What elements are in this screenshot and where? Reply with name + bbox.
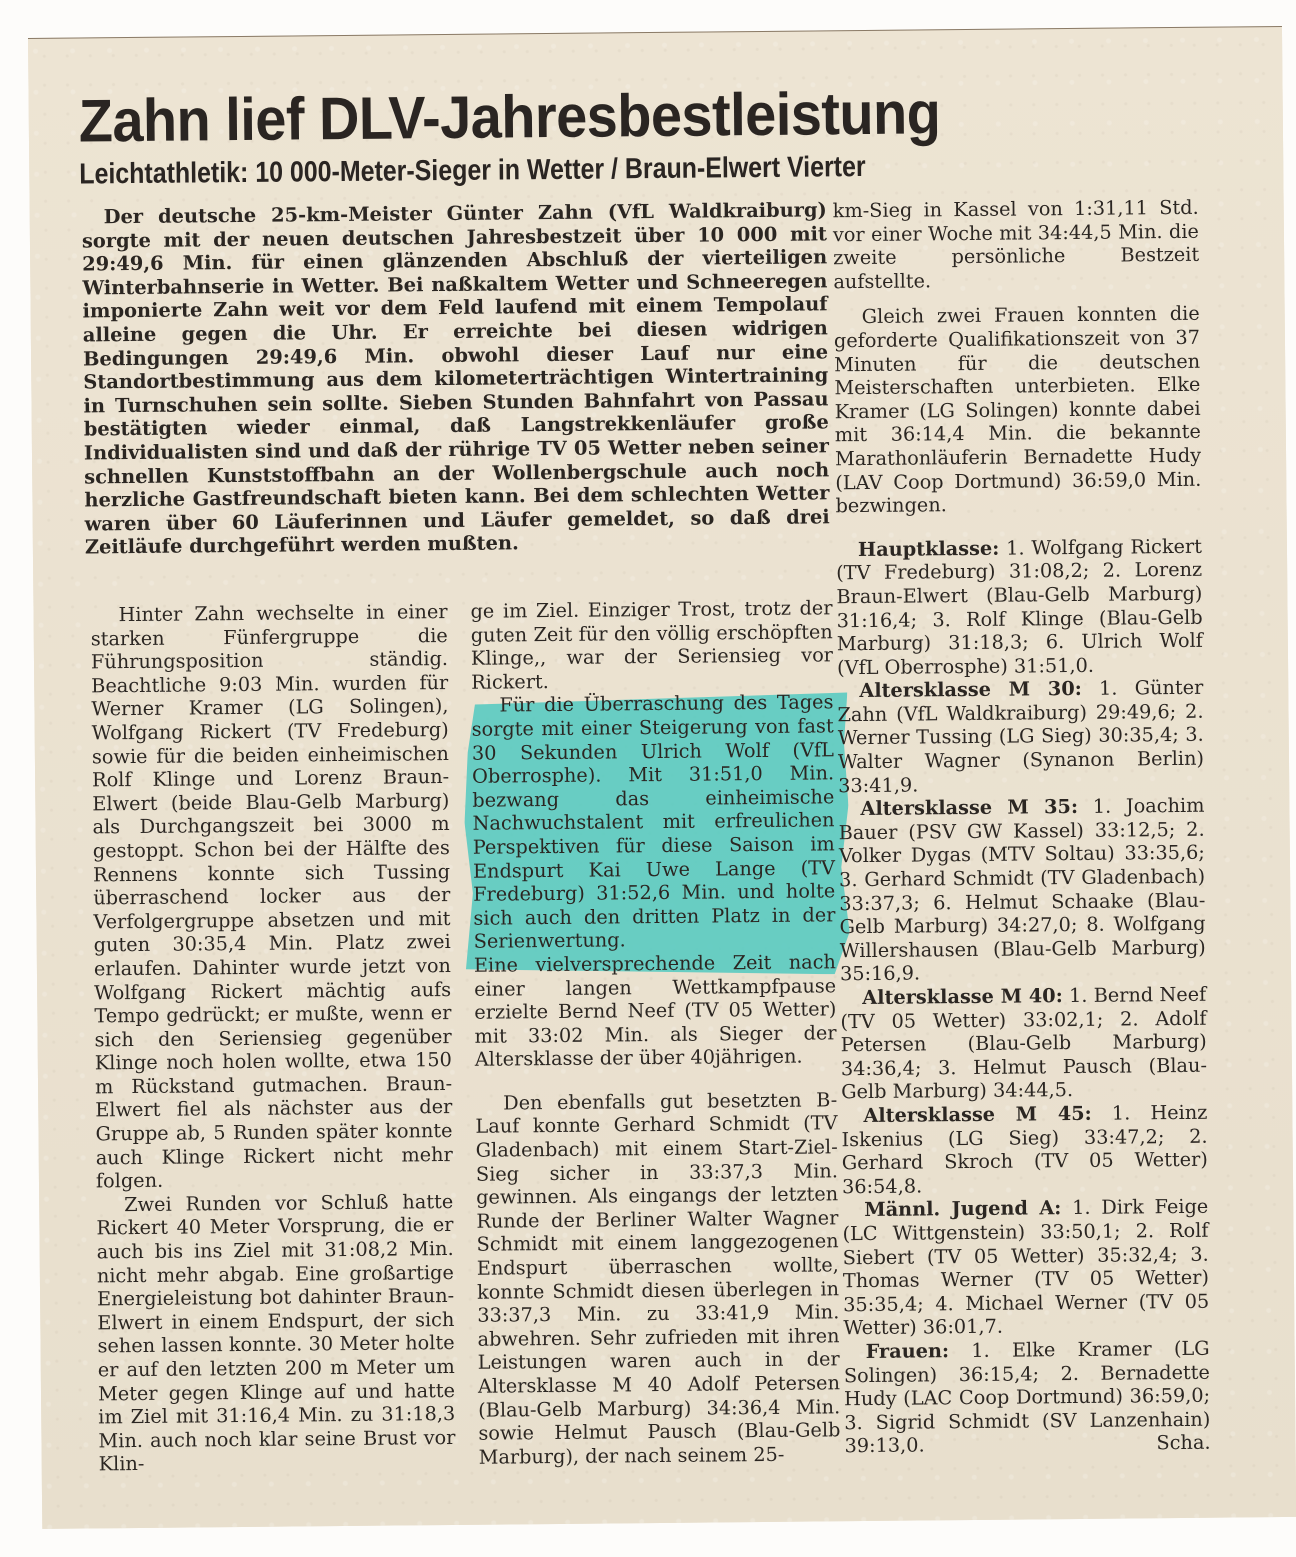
author-initials: Scha. (1134, 1431, 1210, 1455)
article-column-2: ge im Ziel. Einziger Trost, trotz der gu… (470, 596, 840, 1469)
result-entry: Altersklasse M 30: 1. Günter Zahn (VfL W… (837, 676, 1204, 797)
result-entry: Frauen: 1. Elke Kramer (LG Solingen) 36:… (844, 1337, 1211, 1458)
result-text: 1. Joachim Bauer (PSV GW Kassel) 33:12,5… (839, 794, 1206, 986)
article-column-3: km-Sieg in Kassel von 1:31,11 Std. vor e… (833, 196, 1211, 1458)
body-paragraph: Den ebenfalls gut besetzten B-Lauf konnt… (475, 1088, 841, 1469)
result-entry: Altersklasse M 45: 1. Heinz Iskenius (LG… (841, 1101, 1208, 1199)
body-paragraph: km-Sieg in Kassel von 1:31,11 Std. vor e… (833, 196, 1200, 294)
body-paragraph: Zwei Runden vor Schluß hatte Rickert 40 … (96, 1190, 456, 1477)
result-category: Altersklasse M 30: (859, 677, 1082, 702)
result-category: Frauen: (866, 1339, 950, 1363)
result-category: Männl. Jugend A: (864, 1196, 1061, 1221)
result-category: Altersklasse M 35: (860, 795, 1078, 820)
result-category: Altersklasse M 45: (863, 1102, 1092, 1127)
results-list: Hauptklasse: 1. Wolfgang Rickert (TV Fre… (836, 534, 1211, 1458)
body-paragraph: ge im Ziel. Einziger Trost, trotz der gu… (470, 596, 833, 694)
subheadline: Leichtathletik: 10 000-Meter-Sieger in W… (79, 149, 866, 193)
result-entry: Männl. Jugend A: 1. Dirk Feige (LC Wittg… (842, 1195, 1209, 1340)
body-paragraph: Eine vielversprechende Zeit nach einer l… (474, 950, 837, 1071)
lead-text: Der deutsche 25-km-Meister Günter Zahn (… (82, 198, 830, 559)
article-column-1: Hinter Zahn wechselte in einer starken F… (90, 600, 455, 1476)
lead-paragraph: Der deutsche 25-km-Meister Günter Zahn (… (82, 198, 830, 559)
highlighted-text: Für die Überraschung des Tages sorgte mi… (471, 691, 835, 954)
result-category: Altersklasse M 40: (862, 984, 1063, 1009)
result-entry: Altersklasse M 40: 1. Bernd Neef (TV 05 … (840, 983, 1207, 1104)
result-entry: Hauptklasse: 1. Wolfgang Rickert (TV Fre… (836, 534, 1203, 679)
body-paragraph: Gleich zwei Frauen konnten die gefordert… (834, 302, 1202, 518)
headline: Zahn lief DLV-Jahresbestleistung (78, 78, 940, 156)
result-category: Hauptklasse: (858, 536, 1000, 560)
newspaper-clipping: Zahn lief DLV-Jahresbestleistung Leichta… (28, 26, 1296, 1529)
body-paragraph: Hinter Zahn wechselte in einer starken F… (90, 600, 453, 1193)
result-entry: Altersklasse M 35: 1. Joachim Bauer (PSV… (838, 794, 1206, 986)
highlighted-passage: Für die Überraschung des Tages sorgte mi… (471, 691, 835, 954)
